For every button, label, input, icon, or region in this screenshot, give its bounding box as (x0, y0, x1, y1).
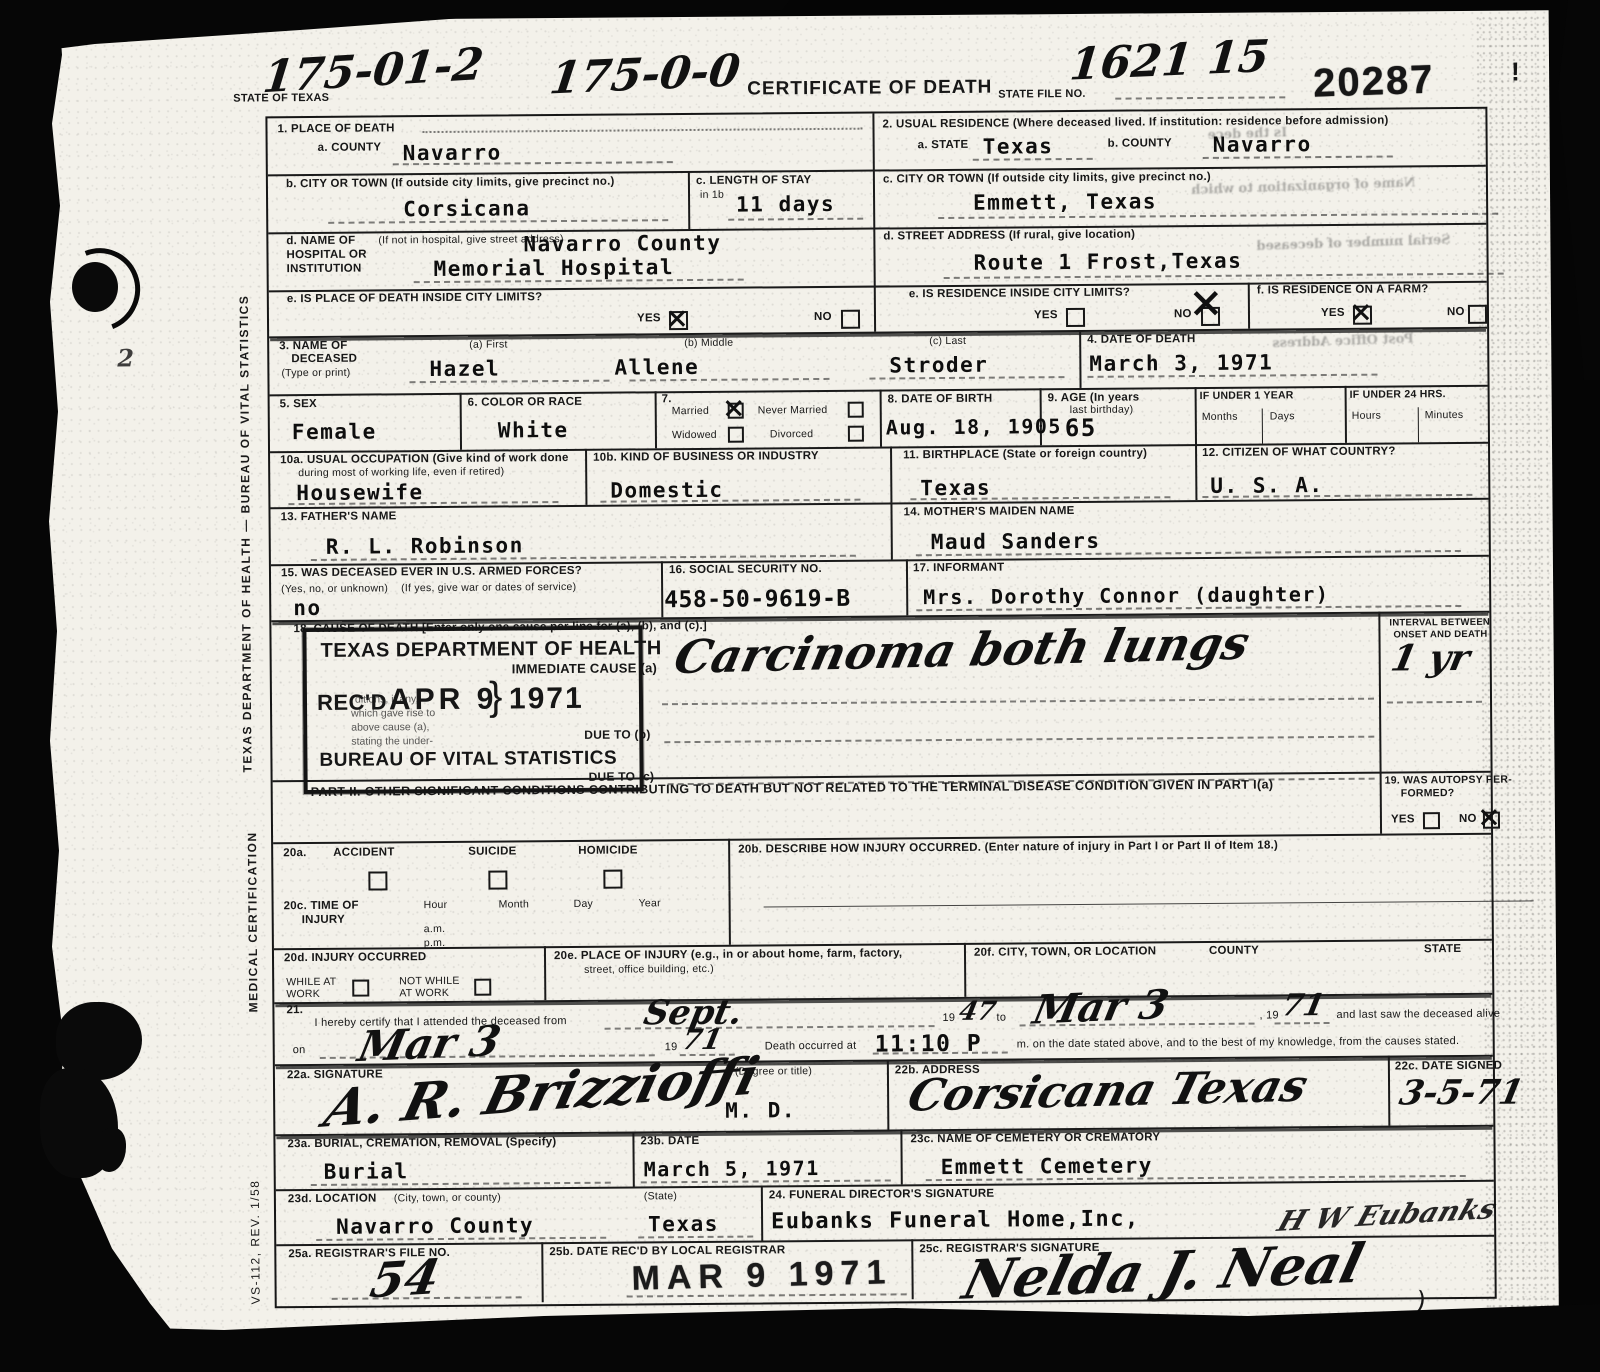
hospital-label-1: d. NAME OF (286, 235, 355, 249)
hours-label: Hours (1352, 410, 1381, 423)
mother-name-label: 14. MOTHER'S MAIDEN NAME (903, 505, 1074, 520)
minutes-label: Minutes (1425, 409, 1464, 422)
length-of-stay-sub: in 1b (700, 189, 724, 202)
injury-20a-label: 20a. (283, 847, 306, 861)
handwritten-code-2: 175-0-0 (547, 45, 743, 104)
age-value: 65 (1065, 414, 1097, 442)
while-at-work-label-2: WORK (286, 988, 320, 1001)
month-label: Month (499, 898, 530, 911)
days-label: Days (1270, 410, 1295, 423)
autopsy-label-2: FORMED? (1401, 787, 1455, 800)
from-year-value: 47 (956, 997, 998, 1027)
informant-label: 17. INFORMANT (913, 562, 1005, 577)
citizen-label: 12. CITIZEN OF WHAT COUNTRY? (1202, 445, 1396, 460)
while-at-work-checkbox (352, 980, 369, 997)
state-file-no-label: STATE FILE NO. (998, 88, 1086, 102)
injury-county-label: COUNTY (1209, 945, 1259, 959)
obscured-form-text-4: stating the under- (351, 735, 433, 748)
hour-label: Hour (424, 899, 448, 912)
hospital-value-line2: Memorial Hospital (434, 255, 675, 281)
occupation-label-2: during most of working life, even if ret… (298, 465, 504, 479)
attended-to-value: Mar 3 (1029, 981, 1173, 1034)
residence-city-limits-label: e. IS RESIDENCE INSIDE CITY LIMITS? (909, 287, 1130, 303)
accident-label: ACCIDENT (333, 846, 395, 860)
death-limits-no-label: NO (814, 311, 832, 325)
scanned-death-certificate: TEXAS DEPARTMENT OF HEALTH — BUREAU OF V… (0, 0, 1600, 1372)
never-married-checkbox (848, 402, 864, 418)
injury-occurred-label: 20d. INJURY OCCURRED (284, 951, 426, 966)
last-name-value: Stroder (889, 353, 988, 378)
months-label: Months (1202, 411, 1238, 424)
autopsy-no-x-mark (1480, 809, 1498, 827)
residence-city-label: c. CITY OR TOWN (If outside city limits,… (883, 171, 1211, 187)
printed-19-a: 19 (942, 1012, 955, 1025)
left-margin-medical-certification: MEDICAL CERTIFICATION (245, 782, 261, 1012)
married-label: Married (672, 405, 709, 418)
father-name-label: 13. FATHER'S NAME (281, 510, 397, 525)
burial-value: Burial (324, 1159, 409, 1184)
farm-yes-label: YES (1321, 307, 1345, 321)
autopsy-label-1: 19. WAS AUTOPSY PER- (1385, 774, 1512, 788)
certify-text-2: and last saw the deceased alive (1336, 1008, 1500, 1022)
death-limits-yes-label: YES (637, 312, 661, 326)
certificate-number-stamp: 20287 (1312, 56, 1435, 108)
birthplace-label: 11. BIRTHPLACE (State or foreign country… (903, 447, 1147, 463)
certify-number: 21. (286, 1004, 303, 1018)
length-of-stay-value: 11 days (736, 192, 835, 217)
burial-date-23b-label: 23b. DATE (640, 1135, 699, 1149)
residence-state-value: Texas (983, 134, 1054, 159)
row-registrar: 25a. REGISTRAR'S FILE NO. 54 25b. DATE R… (276, 1235, 1494, 1305)
name-label-3: (Type or print) (281, 367, 350, 380)
length-of-stay-label: c. LENGTH OF STAY (696, 174, 812, 189)
while-at-work-label-1: WHILE AT (286, 976, 336, 989)
autopsy-yes-checkbox (1423, 812, 1440, 829)
injury-state-label: STATE (1424, 943, 1461, 957)
farm-yes-x-mark (1352, 304, 1370, 322)
marital-label: 7. (662, 393, 672, 407)
suicide-checkbox (488, 870, 507, 889)
homicide-checkbox (603, 870, 622, 889)
location-state-sub-label: (State) (644, 1190, 677, 1203)
place-of-death-label: 1. PLACE OF DEATH (277, 122, 394, 137)
on-word: on (293, 1044, 306, 1057)
last-name-label: (c) Last (929, 335, 966, 348)
suicide-label: SUICIDE (468, 845, 517, 859)
certify-text-4: m. on the date stated above, and to the … (1017, 1035, 1460, 1052)
to-year-value: 71 (1279, 988, 1328, 1023)
immediate-cause-value: Carcinoma both lungs (669, 616, 1254, 685)
stamp-brace: } (489, 674, 503, 719)
not-while-label-2: AT WORK (399, 987, 449, 1000)
residence-limits-yes-label: YES (1034, 309, 1058, 323)
armed-forces-sub1: (Yes, no, or unknown) (281, 582, 388, 595)
autopsy-no-label: NO (1459, 813, 1477, 827)
cemetery-value: Emmett Cemetery (941, 1153, 1153, 1179)
if-under-1-year-label: IF UNDER 1 YEAR (1200, 389, 1294, 402)
cemetery-23c-label: 23c. NAME OF CEMETERY OR CREMATORY (910, 1131, 1160, 1147)
ssn-label: 16. SOCIAL SECURITY NO. (669, 563, 822, 578)
stamp-bureau-line: BUREAU OF VITAL STATISTICS (319, 748, 617, 772)
dob-label: 8. DATE OF BIRTH (888, 393, 993, 408)
hospital-value-line1: Navarro County (523, 231, 721, 257)
interval-value: 1 yr (1387, 637, 1473, 680)
year-label: Year (639, 897, 661, 910)
residence-city-value: Emmett, Texas (973, 189, 1157, 214)
first-name-label: (a) First (469, 338, 508, 351)
widowed-label: Widowed (672, 429, 717, 442)
city-of-death-value: Corsicana (403, 196, 530, 221)
row-20a: 20a. ACCIDENT SUICIDE HOMICIDE 20b. DESC… (273, 833, 1491, 895)
obscured-form-text-3: above cause (a), (351, 721, 429, 734)
injury-20b-label: 20b. DESCRIBE HOW INJURY OCCURRED. (Ente… (738, 839, 1278, 857)
dob-value: Aug. 18, 1905 (886, 414, 1062, 439)
left-margin-form-number: VS-112, REV. 1/58 (248, 1154, 263, 1304)
homicide-label: HOMICIDE (578, 844, 638, 858)
row-certifier: 22a. SIGNATURE A. R. Brizzioffi (Degree … (275, 1055, 1494, 1137)
location-23d-label: 23d. LOCATION (288, 1192, 377, 1206)
death-limits-yes-x-mark (668, 310, 686, 328)
interval-label-1: INTERVAL BETWEEN (1389, 617, 1490, 629)
degree-value: M. D. (725, 1098, 796, 1123)
paper-sheet: TEXAS DEPARTMENT OF HEALTH — BUREAU OF V… (0, 0, 1600, 1372)
race-label: 6. COLOR OR RACE (468, 396, 583, 411)
hospital-label-3: INSTITUTION (287, 263, 362, 277)
date-of-death-label: 4. DATE OF DEATH (1087, 333, 1195, 348)
printed-19-b: , 19 (1259, 1009, 1278, 1022)
birthplace-value: Texas (920, 476, 991, 501)
divorced-checkbox (848, 426, 864, 442)
sex-label: 5. SEX (280, 398, 317, 412)
place-of-injury-label-2: street, office building, etc.) (584, 963, 714, 977)
residence-limits-no-x-mark (1192, 290, 1219, 317)
physician-address: Corsicana Texas (902, 1061, 1313, 1122)
certify-text-3: Death occurred at (765, 1040, 857, 1054)
name-label-2: DECEASED (291, 353, 357, 367)
funeral-director-24-label: 24. FUNERAL DIRECTOR'S SIGNATURE (769, 1188, 995, 1204)
middle-name-label: (b) Middle (684, 337, 733, 350)
race-value: White (498, 418, 569, 443)
stamp-year: 1971 (509, 682, 584, 717)
city-of-death-label: b. CITY OR TOWN (If outside city limits,… (286, 176, 615, 192)
armed-forces-sub2: (If yes, give war or dates of service) (401, 581, 576, 595)
date-signed-value: 3-5-71 (1396, 1072, 1527, 1113)
burial-23a-label: 23a. BURIAL, CREMATION, REMOVAL (Specify… (287, 1136, 556, 1152)
widowed-checkbox (728, 427, 744, 443)
hospital-label-2: HOSPITAL OR (286, 249, 366, 263)
injury-city-label: 20f. CITY, TOWN, OR LOCATION (974, 945, 1156, 960)
funeral-home-value: Eubanks Funeral Home,Inc, (771, 1207, 1140, 1235)
stray-exclamation-mark: ! (1511, 56, 1520, 87)
to-word: to (996, 1012, 1006, 1025)
mother-name-value: Maud Sanders (931, 529, 1101, 554)
stamp-agency-line: TEXAS DEPARTMENT OF HEALTH (321, 637, 662, 663)
street-address-value: Route 1 Frost,Texas (973, 249, 1242, 275)
residence-county-value: Navarro (1213, 132, 1312, 157)
accident-checkbox (368, 871, 387, 890)
death-city-limits-label: e. IS PLACE OF DEATH INSIDE CITY LIMITS? (287, 291, 543, 307)
divorced-label: Divorced (770, 428, 814, 441)
street-address-label: d. STREET ADDRESS (If rural, give locati… (883, 229, 1135, 245)
autopsy-yes-label: YES (1391, 813, 1415, 827)
burial-date-value: March 5, 1971 (644, 1156, 820, 1181)
am-label: a.m. (424, 923, 446, 936)
farm-no-checkbox (1468, 305, 1487, 324)
funeral-director-signature: H W Eubanks (1273, 1192, 1501, 1238)
location-city-sub-label: (City, town, or county) (394, 1192, 501, 1205)
residence-limits-no-label: NO (1174, 308, 1192, 322)
residence-county-label: b. COUNTY (1108, 137, 1172, 151)
degree-or-title-label: (Degree or title) (735, 1065, 812, 1078)
death-limits-no-checkbox (841, 310, 860, 329)
handwritten-code-3: 1621 15 (1068, 31, 1272, 91)
residence-farm-label: f. IS RESIDENCE ON A FARM? (1257, 283, 1429, 298)
date-received-stamp: MAR 9 1971 (631, 1253, 893, 1299)
time-of-injury-label-1: 20c. TIME OF (284, 900, 359, 914)
armed-forces-value: no (293, 596, 321, 620)
armed-forces-label: 15. WAS DECEASED EVER IN U.S. ARMED FORC… (281, 565, 582, 581)
location-state-value: Texas (648, 1212, 719, 1237)
not-while-at-work-checkbox (474, 979, 491, 996)
certificate-title: CERTIFICATE OF DEATH (747, 77, 992, 102)
industry-label: 10b. KIND OF BUSINESS OR INDUSTRY (593, 450, 819, 466)
time-of-injury-label-2: INJURY (302, 914, 345, 928)
registrar-file-no-value: 54 (366, 1249, 444, 1309)
informant-value: Mrs. Dorothy Connor (daughter) (923, 582, 1329, 609)
stamp-date: APR 9 (389, 683, 498, 718)
middle-name-value: Allene (614, 355, 699, 380)
not-while-label-1: NOT WHILE (399, 975, 460, 988)
county-of-death-value: Navarro (403, 140, 502, 165)
first-name-value: Hazel (429, 357, 500, 382)
place-of-injury-label-1: 20e. PLACE OF INJURY (e.g., in or about … (554, 947, 902, 964)
county-of-death-label: a. COUNTY (318, 141, 382, 155)
received-stamp-box: TEXAS DEPARTMENT OF HEALTH ditions, if a… (302, 625, 643, 794)
never-married-label: Never Married (758, 404, 828, 417)
sex-value: Female (292, 419, 377, 444)
ssn-value: 458-50-9619-B (664, 586, 851, 613)
residence-limits-yes-checkbox (1066, 308, 1085, 327)
usual-residence-label: 2. USUAL RESIDENCE (Where deceased lived… (882, 115, 1388, 133)
day-label: Day (574, 898, 594, 911)
date-of-death-value: March 3, 1971 (1089, 350, 1273, 375)
residence-state-label: a. STATE (918, 139, 969, 153)
married-x-mark (725, 400, 743, 418)
stamp-recd: REC'D (317, 689, 387, 716)
location-city-value: Navarro County (336, 1213, 534, 1239)
if-under-24-hrs-label: IF UNDER 24 HRS. (1350, 388, 1446, 401)
stray-handwritten-2: 2 (117, 343, 134, 372)
farm-no-label: NO (1447, 306, 1465, 320)
father-name-value: R. L. Robinson (326, 533, 524, 559)
